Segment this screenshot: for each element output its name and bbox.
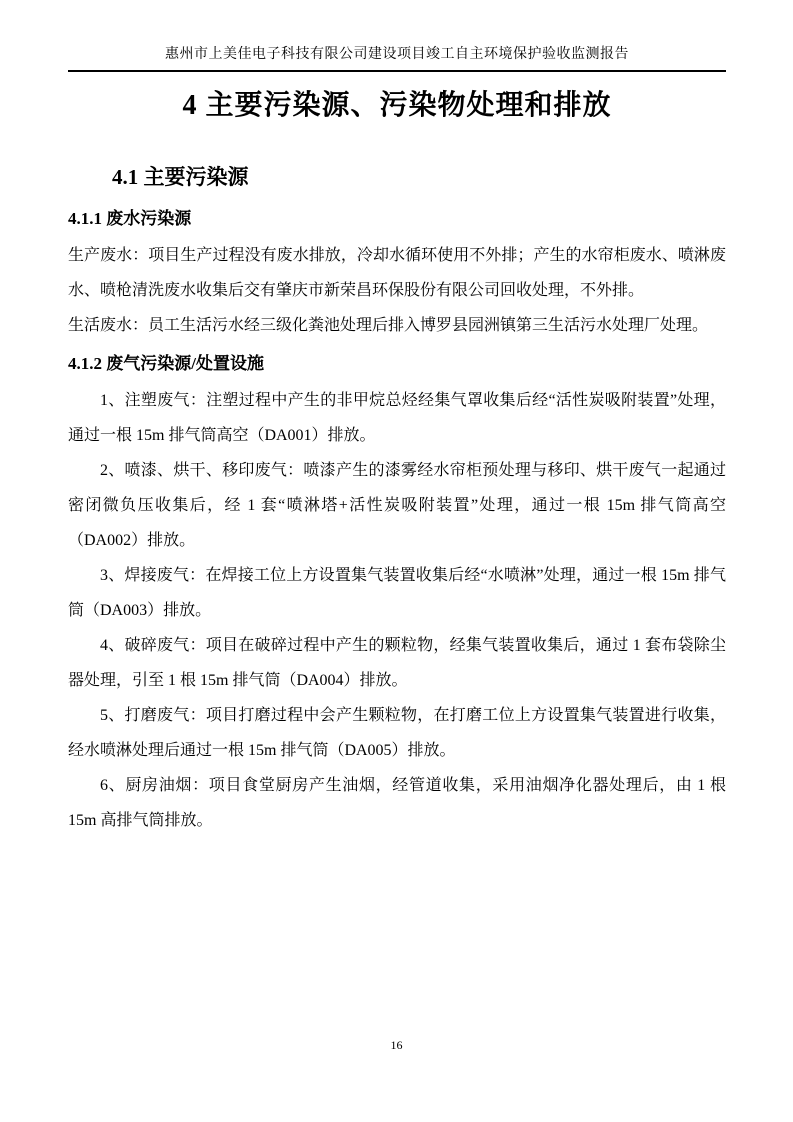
document-page: 惠州市上美佳电子科技有限公司建设项目竣工自主环境保护验收监测报告 4 主要污染源…	[0, 0, 793, 1122]
page-number: 16	[0, 1038, 793, 1053]
paragraph-domestic-wastewater: 生活废水：员工生活污水经三级化粪池处理后排入博罗县园洲镇第三生活污水处理厂处理。	[68, 308, 726, 343]
item-welding-gas: 3、焊接废气：在焊接工位上方设置集气装置收集后经“水喷淋”处理，通过一根 15m…	[68, 558, 726, 628]
item-crushing-gas: 4、破碎废气：项目在破碎过程中产生的颗粒物，经集气装置收集后，通过 1 套布袋除…	[68, 628, 726, 698]
header-title: 惠州市上美佳电子科技有限公司建设项目竣工自主环境保护验收监测报告	[165, 47, 629, 62]
item-spray-paint-gas: 2、喷漆、烘干、移印废气：喷漆产生的漆雾经水帘柜预处理与移印、烘干废气一起通过密…	[68, 453, 726, 558]
subsection-heading-4-1-1: 4.1.1 废水污染源	[68, 206, 726, 232]
section-heading-4-1: 4.1 主要污染源	[112, 162, 726, 192]
subsection-heading-4-1-2: 4.1.2 废气污染源/处置设施	[68, 351, 726, 377]
item-injection-molding-gas: 1、注塑废气：注塑过程中产生的非甲烷总烃经集气罩收集后经“活性炭吸附装置”处理，…	[68, 383, 726, 453]
chapter-title: 4 主要污染源、污染物处理和排放	[68, 86, 726, 126]
item-grinding-gas: 5、打磨废气：项目打磨过程中会产生颗粒物，在打磨工位上方设置集气装置进行收集，经…	[68, 698, 726, 768]
page-content: 4 主要污染源、污染物处理和排放 4.1 主要污染源 4.1.1 废水污染源 生…	[68, 84, 726, 838]
item-kitchen-fume: 6、厨房油烟：项目食堂厨房产生油烟，经管道收集，采用油烟净化器处理后，由 1 根…	[68, 768, 726, 838]
page-header: 惠州市上美佳电子科技有限公司建设项目竣工自主环境保护验收监测报告	[68, 46, 726, 72]
paragraph-production-wastewater: 生产废水：项目生产过程没有废水排放，冷却水循环使用不外排；产生的水帘柜废水、喷淋…	[68, 238, 726, 308]
